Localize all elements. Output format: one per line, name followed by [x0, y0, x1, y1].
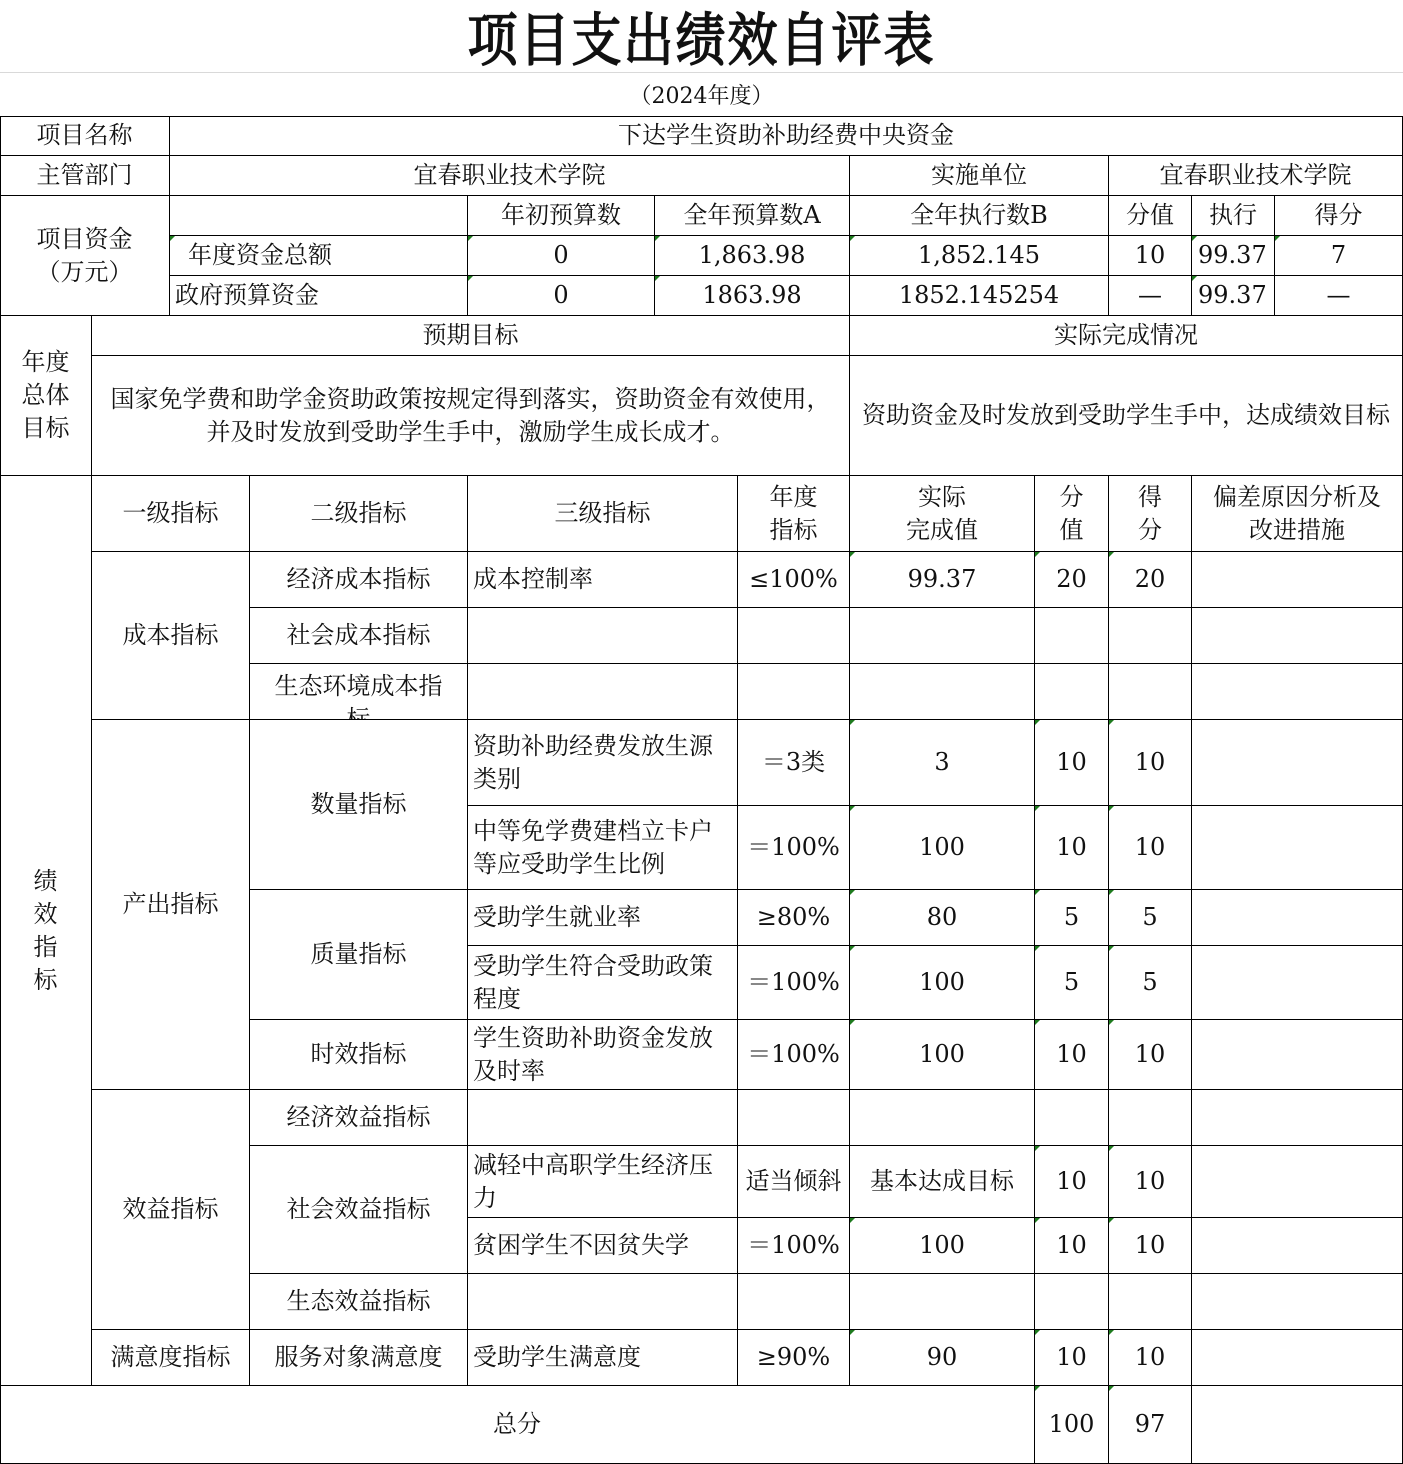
level3-cell: 学生资助补助资金发放及时率: [468, 1020, 738, 1090]
score-cell[interactable]: [1109, 1090, 1192, 1146]
target-cell: [738, 608, 850, 664]
level3-cell: [468, 664, 738, 720]
header-actual: 实际完成值: [850, 476, 1035, 552]
funds-row-total-label: 年度资金总额: [170, 236, 468, 276]
expected-goal-text[interactable]: 国家免学费和助学金资助政策按规定得到落实，资助资金有效使用，并及时发放到受助学生…: [92, 356, 850, 476]
level3-cell: 受助学生满意度: [468, 1330, 738, 1386]
level2-timeliness: 时效指标: [250, 1020, 468, 1090]
header-annual-target: 年度指标: [738, 476, 850, 552]
funds-row-gov-executed[interactable]: 1852.145254: [850, 276, 1109, 316]
funds-row-gov-label: 政府预算资金: [170, 276, 468, 316]
deviation-cell[interactable]: [1192, 946, 1403, 1020]
total-score-value[interactable]: 100: [1035, 1386, 1109, 1464]
deviation-cell[interactable]: [1192, 1020, 1403, 1090]
level2-eco-cost: 生态环境成本指标: [250, 664, 468, 720]
score-value-cell[interactable]: [1035, 1274, 1109, 1330]
deviation-cell[interactable]: [1192, 1218, 1403, 1274]
total-score[interactable]: 97: [1109, 1386, 1192, 1464]
score-cell[interactable]: 10: [1109, 720, 1192, 806]
header-score: 得分: [1109, 476, 1192, 552]
actual-cell[interactable]: 100: [850, 1218, 1035, 1274]
target-cell: [738, 1274, 850, 1330]
funds-row-gov-score-value[interactable]: —: [1109, 276, 1192, 316]
header-level3: 三级指标: [468, 476, 738, 552]
target-cell: [738, 664, 850, 720]
deviation-cell[interactable]: [1192, 1330, 1403, 1386]
score-cell[interactable]: 10: [1109, 1218, 1192, 1274]
actual-cell[interactable]: 100: [850, 806, 1035, 890]
level3-cell: 减轻中高职学生经济压力: [468, 1146, 738, 1218]
subtitle-band: （2024年度）: [0, 72, 1403, 116]
funds-header-annual: 全年预算数A: [655, 196, 850, 236]
score-value-cell[interactable]: [1035, 664, 1109, 720]
score-cell[interactable]: 20: [1109, 552, 1192, 608]
score-value-cell[interactable]: 10: [1035, 1020, 1109, 1090]
actual-goal-text[interactable]: 资助资金及时发放到受助学生手中，达成绩效目标: [850, 356, 1403, 476]
actual-goal-header: 实际完成情况: [850, 316, 1403, 356]
level3-cell: 成本控制率: [468, 552, 738, 608]
level2-quality: 质量指标: [250, 890, 468, 1020]
target-cell: ≥90%: [738, 1330, 850, 1386]
score-value-cell[interactable]: 10: [1035, 720, 1109, 806]
score-value-cell[interactable]: [1035, 1090, 1109, 1146]
title-band: 项目支出绩效自评表: [0, 0, 1403, 73]
project-name-label: 项目名称: [0, 116, 170, 156]
actual-cell[interactable]: 99.37: [850, 552, 1035, 608]
header-deviation: 偏差原因分析及改进措施: [1192, 476, 1403, 552]
funds-row-total-score[interactable]: 7: [1275, 236, 1403, 276]
score-cell[interactable]: 10: [1109, 1330, 1192, 1386]
header-level1: 一级指标: [92, 476, 250, 552]
target-cell: ＝100%: [738, 1218, 850, 1274]
score-cell[interactable]: 10: [1109, 1146, 1192, 1218]
deviation-cell[interactable]: [1192, 1090, 1403, 1146]
level2-econ-cost: 经济成本指标: [250, 552, 468, 608]
deviation-cell[interactable]: [1192, 720, 1403, 806]
level2-social-cost: 社会成本指标: [250, 608, 468, 664]
header-level2: 二级指标: [250, 476, 468, 552]
level3-cell: 贫困学生不因贫失学: [468, 1218, 738, 1274]
funds-row-gov-score[interactable]: —: [1275, 276, 1403, 316]
funds-row-gov-annual[interactable]: 1863.98: [655, 276, 850, 316]
impl-value[interactable]: 宜春职业技术学院: [1109, 156, 1403, 196]
target-cell: ＝100%: [738, 1020, 850, 1090]
score-value-cell[interactable]: [1035, 608, 1109, 664]
funds-header-blank: [170, 196, 468, 236]
deviation-cell[interactable]: [1192, 890, 1403, 946]
level3-cell: [468, 1274, 738, 1330]
actual-cell[interactable]: 100: [850, 946, 1035, 1020]
target-cell: [738, 1090, 850, 1146]
project-name-value[interactable]: 下达学生资助补助经费中央资金: [170, 116, 1403, 156]
level1-satisfaction: 满意度指标: [92, 1330, 250, 1386]
actual-cell[interactable]: [850, 664, 1035, 720]
expected-goal-header: 预期目标: [92, 316, 850, 356]
score-cell[interactable]: [1109, 1274, 1192, 1330]
goals-label: 年度总体目标: [0, 316, 92, 476]
total-deviation[interactable]: [1192, 1386, 1403, 1464]
funds-header-executed: 全年执行数B: [850, 196, 1109, 236]
score-value-cell[interactable]: 20: [1035, 552, 1109, 608]
score-value-cell[interactable]: 10: [1035, 1330, 1109, 1386]
level2-service-satisfaction: 服务对象满意度: [250, 1330, 468, 1386]
target-cell: ≤100%: [738, 552, 850, 608]
actual-cell[interactable]: 80: [850, 890, 1035, 946]
funds-row-gov-exec-rate[interactable]: 99.37: [1192, 276, 1275, 316]
score-value-cell[interactable]: 10: [1035, 1218, 1109, 1274]
actual-cell[interactable]: 90: [850, 1330, 1035, 1386]
level3-cell: 受助学生符合受助政策程度: [468, 946, 738, 1020]
level2-econ-benefit: 经济效益指标: [250, 1090, 468, 1146]
header-score-value: 分值: [1035, 476, 1109, 552]
score-cell[interactable]: [1109, 608, 1192, 664]
score-cell[interactable]: 10: [1109, 1020, 1192, 1090]
funds-row-gov-initial[interactable]: 0: [468, 276, 655, 316]
impl-label: 实施单位: [850, 156, 1109, 196]
funds-header-score: 得分: [1275, 196, 1403, 236]
funds-header-exec-rate: 执行: [1192, 196, 1275, 236]
score-cell[interactable]: [1109, 664, 1192, 720]
score-cell[interactable]: 10: [1109, 806, 1192, 890]
indicators-section-label: 绩效指标: [0, 476, 92, 1386]
page-title: 项目支出绩效自评表: [468, 0, 936, 77]
actual-cell[interactable]: [850, 1090, 1035, 1146]
level2-quantity: 数量指标: [250, 720, 468, 890]
dept-label: 主管部门: [0, 156, 170, 196]
target-cell: ≥80%: [738, 890, 850, 946]
target-cell: ＝100%: [738, 806, 850, 890]
actual-cell[interactable]: 基本达成目标: [850, 1146, 1035, 1218]
funds-label: 项目资金（万元）: [0, 196, 170, 316]
funds-row-total-executed[interactable]: 1,852.145: [850, 236, 1109, 276]
level3-cell: [468, 1090, 738, 1146]
actual-cell[interactable]: 100: [850, 1020, 1035, 1090]
score-value-cell[interactable]: 5: [1035, 946, 1109, 1020]
level3-cell: 中等免学费建档立卡户等应受助学生比例: [468, 806, 738, 890]
actual-cell[interactable]: 3: [850, 720, 1035, 806]
deviation-cell[interactable]: [1192, 608, 1403, 664]
year-subtitle: （2024年度）: [630, 79, 774, 110]
actual-cell[interactable]: [850, 608, 1035, 664]
level2-social-benefit: 社会效益指标: [250, 1146, 468, 1274]
score-cell[interactable]: 5: [1109, 946, 1192, 1020]
funds-row-total-initial[interactable]: 0: [468, 236, 655, 276]
target-cell: ＝100%: [738, 946, 850, 1020]
score-value-cell[interactable]: 10: [1035, 806, 1109, 890]
funds-row-total-exec-rate[interactable]: 99.37: [1192, 236, 1275, 276]
deviation-cell[interactable]: [1192, 1146, 1403, 1218]
target-cell: ＝3类: [738, 720, 850, 806]
actual-cell[interactable]: [850, 1274, 1035, 1330]
level1-benefit: 效益指标: [92, 1090, 250, 1330]
dept-value[interactable]: 宜春职业技术学院: [170, 156, 850, 196]
level3-cell: [468, 608, 738, 664]
level3-cell: 受助学生就业率: [468, 890, 738, 946]
level2-eco-benefit: 生态效益指标: [250, 1274, 468, 1330]
total-label: 总分: [0, 1386, 1035, 1464]
funds-row-total-score-value[interactable]: 10: [1109, 236, 1192, 276]
score-value-cell[interactable]: 10: [1035, 1146, 1109, 1218]
level1-cost: 成本指标: [92, 552, 250, 720]
score-cell[interactable]: 5: [1109, 890, 1192, 946]
level1-output: 产出指标: [92, 720, 250, 1090]
deviation-cell[interactable]: [1192, 552, 1403, 608]
score-value-cell[interactable]: 5: [1035, 890, 1109, 946]
deviation-cell[interactable]: [1192, 806, 1403, 890]
funds-row-total-annual[interactable]: 1,863.98: [655, 236, 850, 276]
level3-cell: 资助补助经费发放生源类别: [468, 720, 738, 806]
funds-header-score-value: 分值: [1109, 196, 1192, 236]
deviation-cell[interactable]: [1192, 1274, 1403, 1330]
funds-header-initial: 年初预算数: [468, 196, 655, 236]
target-cell: 适当倾斜: [738, 1146, 850, 1218]
deviation-cell[interactable]: [1192, 664, 1403, 720]
